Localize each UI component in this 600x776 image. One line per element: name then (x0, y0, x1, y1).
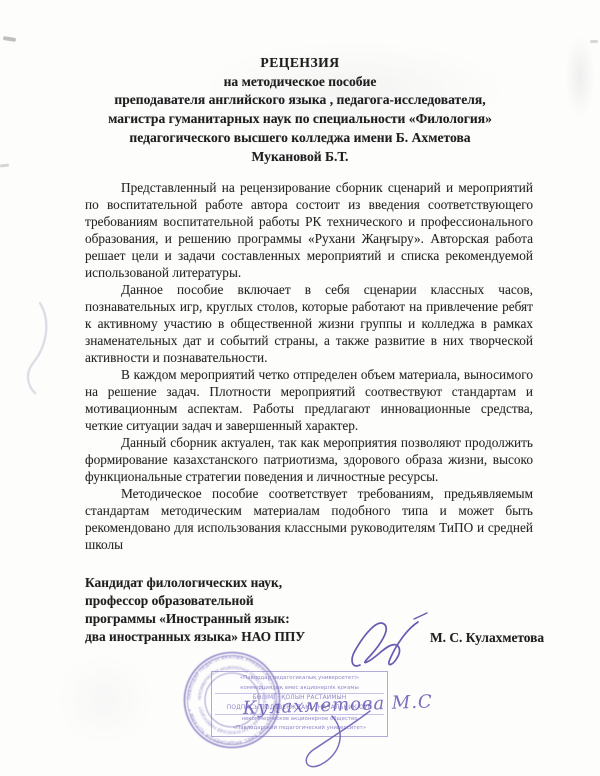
scan-speck (0, 164, 9, 168)
header-line: преподавателя английского языка , педаго… (60, 91, 540, 110)
signatory-credentials: Кандидат филологических наук, профессор … (85, 574, 385, 646)
rect-stamp-line: «Павлодарский педагогический университет… (215, 724, 384, 734)
credentials-line: два иностранных языка» НАО ППУ (85, 628, 385, 646)
header-line: на методическое пособие (60, 73, 540, 92)
rect-stamp-line: ПОДПИСЬ ПОДТВЕРЖДАЮ · НАЧАЛЬНИК ОУП (215, 704, 384, 715)
document-header: РЕЦЕНЗИЯ на методическое пособие препода… (60, 54, 540, 166)
rect-stamp: «Павлодар педагогикалық университеті» ко… (211, 671, 388, 737)
scan-noise (40, 640, 170, 760)
signatory-name: М. С. Кулахметова (430, 630, 544, 646)
header-line: Мукановой Б.Т. (60, 148, 540, 167)
pencil-mark (28, 303, 46, 393)
paragraph: Представленный на рецензирование сборник… (85, 179, 533, 281)
document-body: Представленный на рецензирование сборник… (85, 179, 533, 553)
credentials-line: профессор образовательной (85, 592, 385, 610)
document-page: РЕЦЕНЗИЯ на методическое пособие препода… (0, 0, 600, 776)
rect-stamp-line: «Павлодар педагогикалық университеті» (215, 674, 384, 684)
paragraph: В каждом мероприятий четко отпределен об… (85, 366, 533, 434)
paragraph: Данный сборник актуален, так как меропри… (85, 434, 533, 485)
credentials-line: программы «Иностранный язык: (85, 610, 385, 628)
scan-speck (3, 36, 16, 42)
scan-noise (560, 22, 600, 132)
scan-speck (590, 40, 598, 43)
header-line: педагогического высшего колледжа имени Б… (60, 129, 540, 148)
rect-stamp-line: БӨЛІМІ · ҚОЛЫН РАСТАЙМЫН (215, 694, 384, 704)
rect-stamp-line: некоммерческое акционерное общество (215, 715, 384, 725)
header-line: магистра гуманитарных наук по специально… (60, 110, 540, 129)
document-title: РЕЦЕНЗИЯ (60, 54, 540, 73)
rect-stamp-line: коммерциялық емес акционерлік қоғамы (215, 684, 384, 695)
paragraph: Данное пособие включает в себя сценарии … (85, 281, 533, 366)
paragraph: Методическое пособие соответствует требо… (85, 485, 533, 553)
credentials-line: Кандидат филологических наук, (85, 574, 385, 592)
